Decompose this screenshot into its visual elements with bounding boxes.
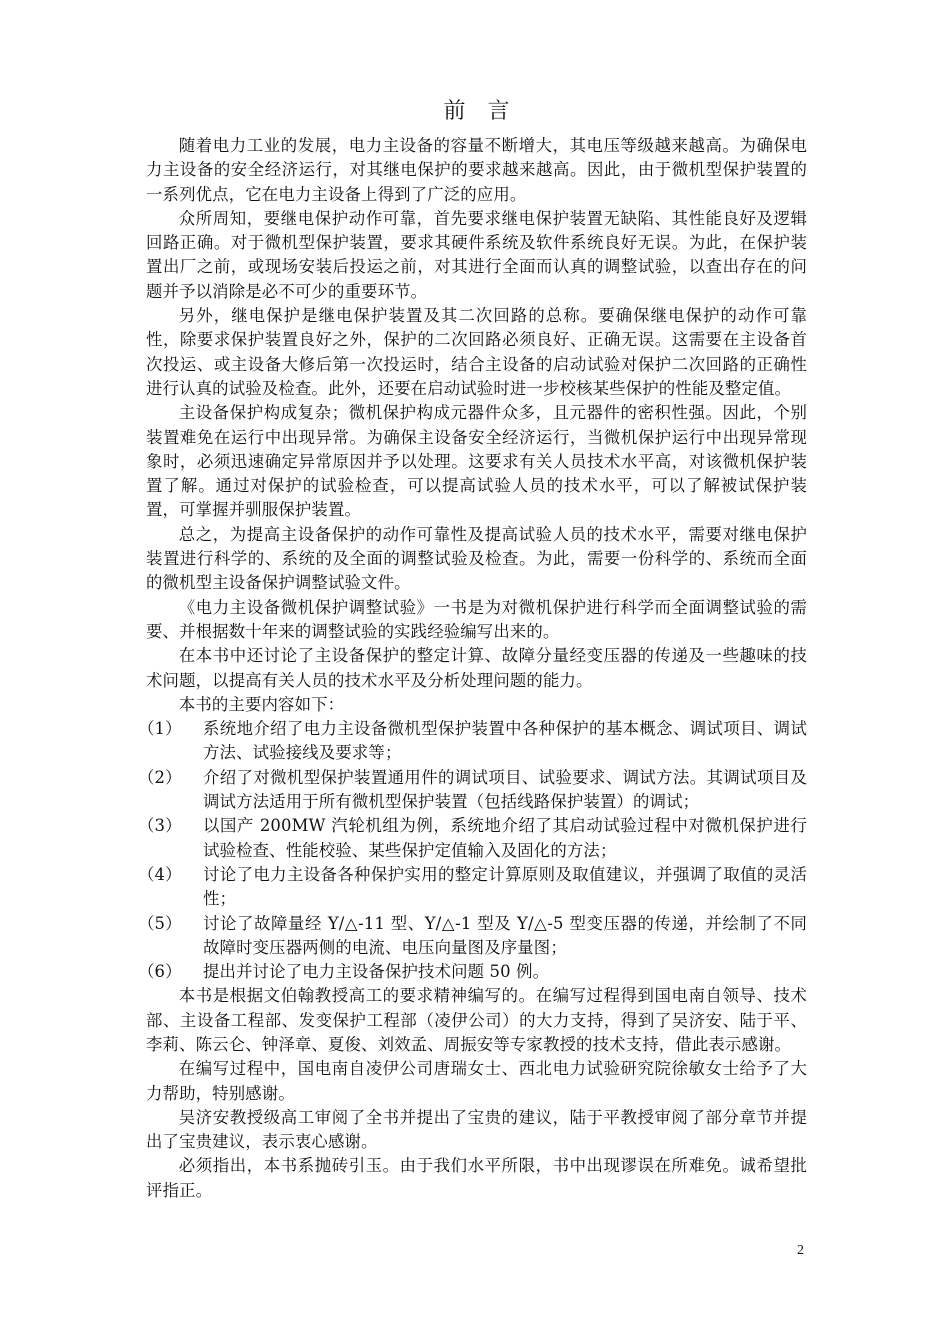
paragraph: 本书是根据文伯翰教授高工的要求精神编写的。在编写过程得到国电南自领导、技术部、主… — [146, 984, 807, 1057]
list-marker: （5） — [138, 912, 198, 936]
paragraph: 另外，继电保护是继电保护装置及其二次回路的总称。要确保继电保护的动作可靠性，除要… — [146, 304, 807, 401]
list-item: （6） 提出并讨论了电力主设备保护技术问题 50 例。 — [146, 960, 807, 984]
paragraph: 吴济安教授级高工审阅了全书并提出了宝贵的建议，陆于平教授审阅了部分章节并提出了宝… — [146, 1106, 807, 1155]
list-marker: （4） — [138, 863, 198, 887]
list-marker: （2） — [138, 766, 198, 790]
list-item-text: 提出并讨论了电力主设备保护技术问题 50 例。 — [203, 962, 549, 981]
list-item-text: 以国产 200MW 汽轮机组为例，系统地介绍了其启动试验过程中对微机保护进行试验… — [203, 816, 807, 859]
paragraph: 总之，为提高主设备保护的动作可靠性及提高试验人员的技术水平，需要对继电保护装置进… — [146, 523, 807, 596]
paragraph: 必须指出，本书系抛砖引玉。由于我们水平所限，书中出现谬误在所难免。诚希望批评指正… — [146, 1154, 807, 1203]
list-item: （4） 讨论了电力主设备各种保护实用的整定计算原则及取值建议，并强调了取值的灵活… — [146, 863, 807, 912]
paragraph: 主设备保护构成复杂；微机保护构成元器件众多，且元器件的密积性强。因此，个别装置难… — [146, 401, 807, 522]
paragraph: 众所周知，要继电保护动作可靠，首先要求继电保护装置无缺陷、其性能良好及逻辑回路正… — [146, 207, 807, 304]
list-item: （5） 讨论了故障量经 Y/△-11 型、Y/△-1 型及 Y/△-5 型变压器… — [146, 912, 807, 961]
list-item: （2） 介绍了对微机型保护装置通用件的调试项目、试验要求、调试方法。其调试项目及… — [146, 766, 807, 815]
contents-list: （1） 系统地介绍了电力主设备微机型保护装置中各种保护的基本概念、调试项目、调试… — [146, 717, 807, 984]
list-item: （3） 以国产 200MW 汽轮机组为例，系统地介绍了其启动试验过程中对微机保护… — [146, 814, 807, 863]
paragraph: 在本书中还讨论了主设备保护的整定计算、故障分量经变压器的传递及一些趣味的技术问题… — [146, 644, 807, 693]
list-item: （1） 系统地介绍了电力主设备微机型保护装置中各种保护的基本概念、调试项目、调试… — [146, 717, 807, 766]
list-intro: 本书的主要内容如下： — [146, 693, 807, 717]
paragraph: 随着电力工业的发展，电力主设备的容量不断增大，其电压等级越来越高。为确保电力主设… — [146, 134, 807, 207]
list-item-text: 介绍了对微机型保护装置通用件的调试项目、试验要求、调试方法。其调试项目及调试方法… — [203, 768, 807, 811]
list-item-text: 讨论了电力主设备各种保护实用的整定计算原则及取值建议，并强调了取值的灵活性； — [203, 865, 807, 908]
list-marker: （3） — [138, 814, 198, 838]
paragraph: 在编写过程中，国电南自凌伊公司唐瑞女士、西北电力试验研究院徐敏女士给予了大力帮助… — [146, 1057, 807, 1106]
list-item-text: 讨论了故障量经 Y/△-11 型、Y/△-1 型及 Y/△-5 型变压器的传递，… — [203, 914, 807, 957]
paragraph: 《电力主设备微机保护调整试验》一书是为对微机保护进行科学而全面调整试验的需要、并… — [146, 596, 807, 645]
list-marker: （6） — [138, 960, 198, 984]
page-number: 2 — [797, 1243, 804, 1259]
list-item-text: 系统地介绍了电力主设备微机型保护装置中各种保护的基本概念、调试项目、调试方法、试… — [203, 719, 807, 762]
page-title: 前言 — [168, 96, 807, 128]
document-page: 前言 随着电力工业的发展，电力主设备的容量不断增大，其电压等级越来越高。为确保电… — [146, 96, 807, 1203]
list-marker: （1） — [138, 717, 198, 741]
